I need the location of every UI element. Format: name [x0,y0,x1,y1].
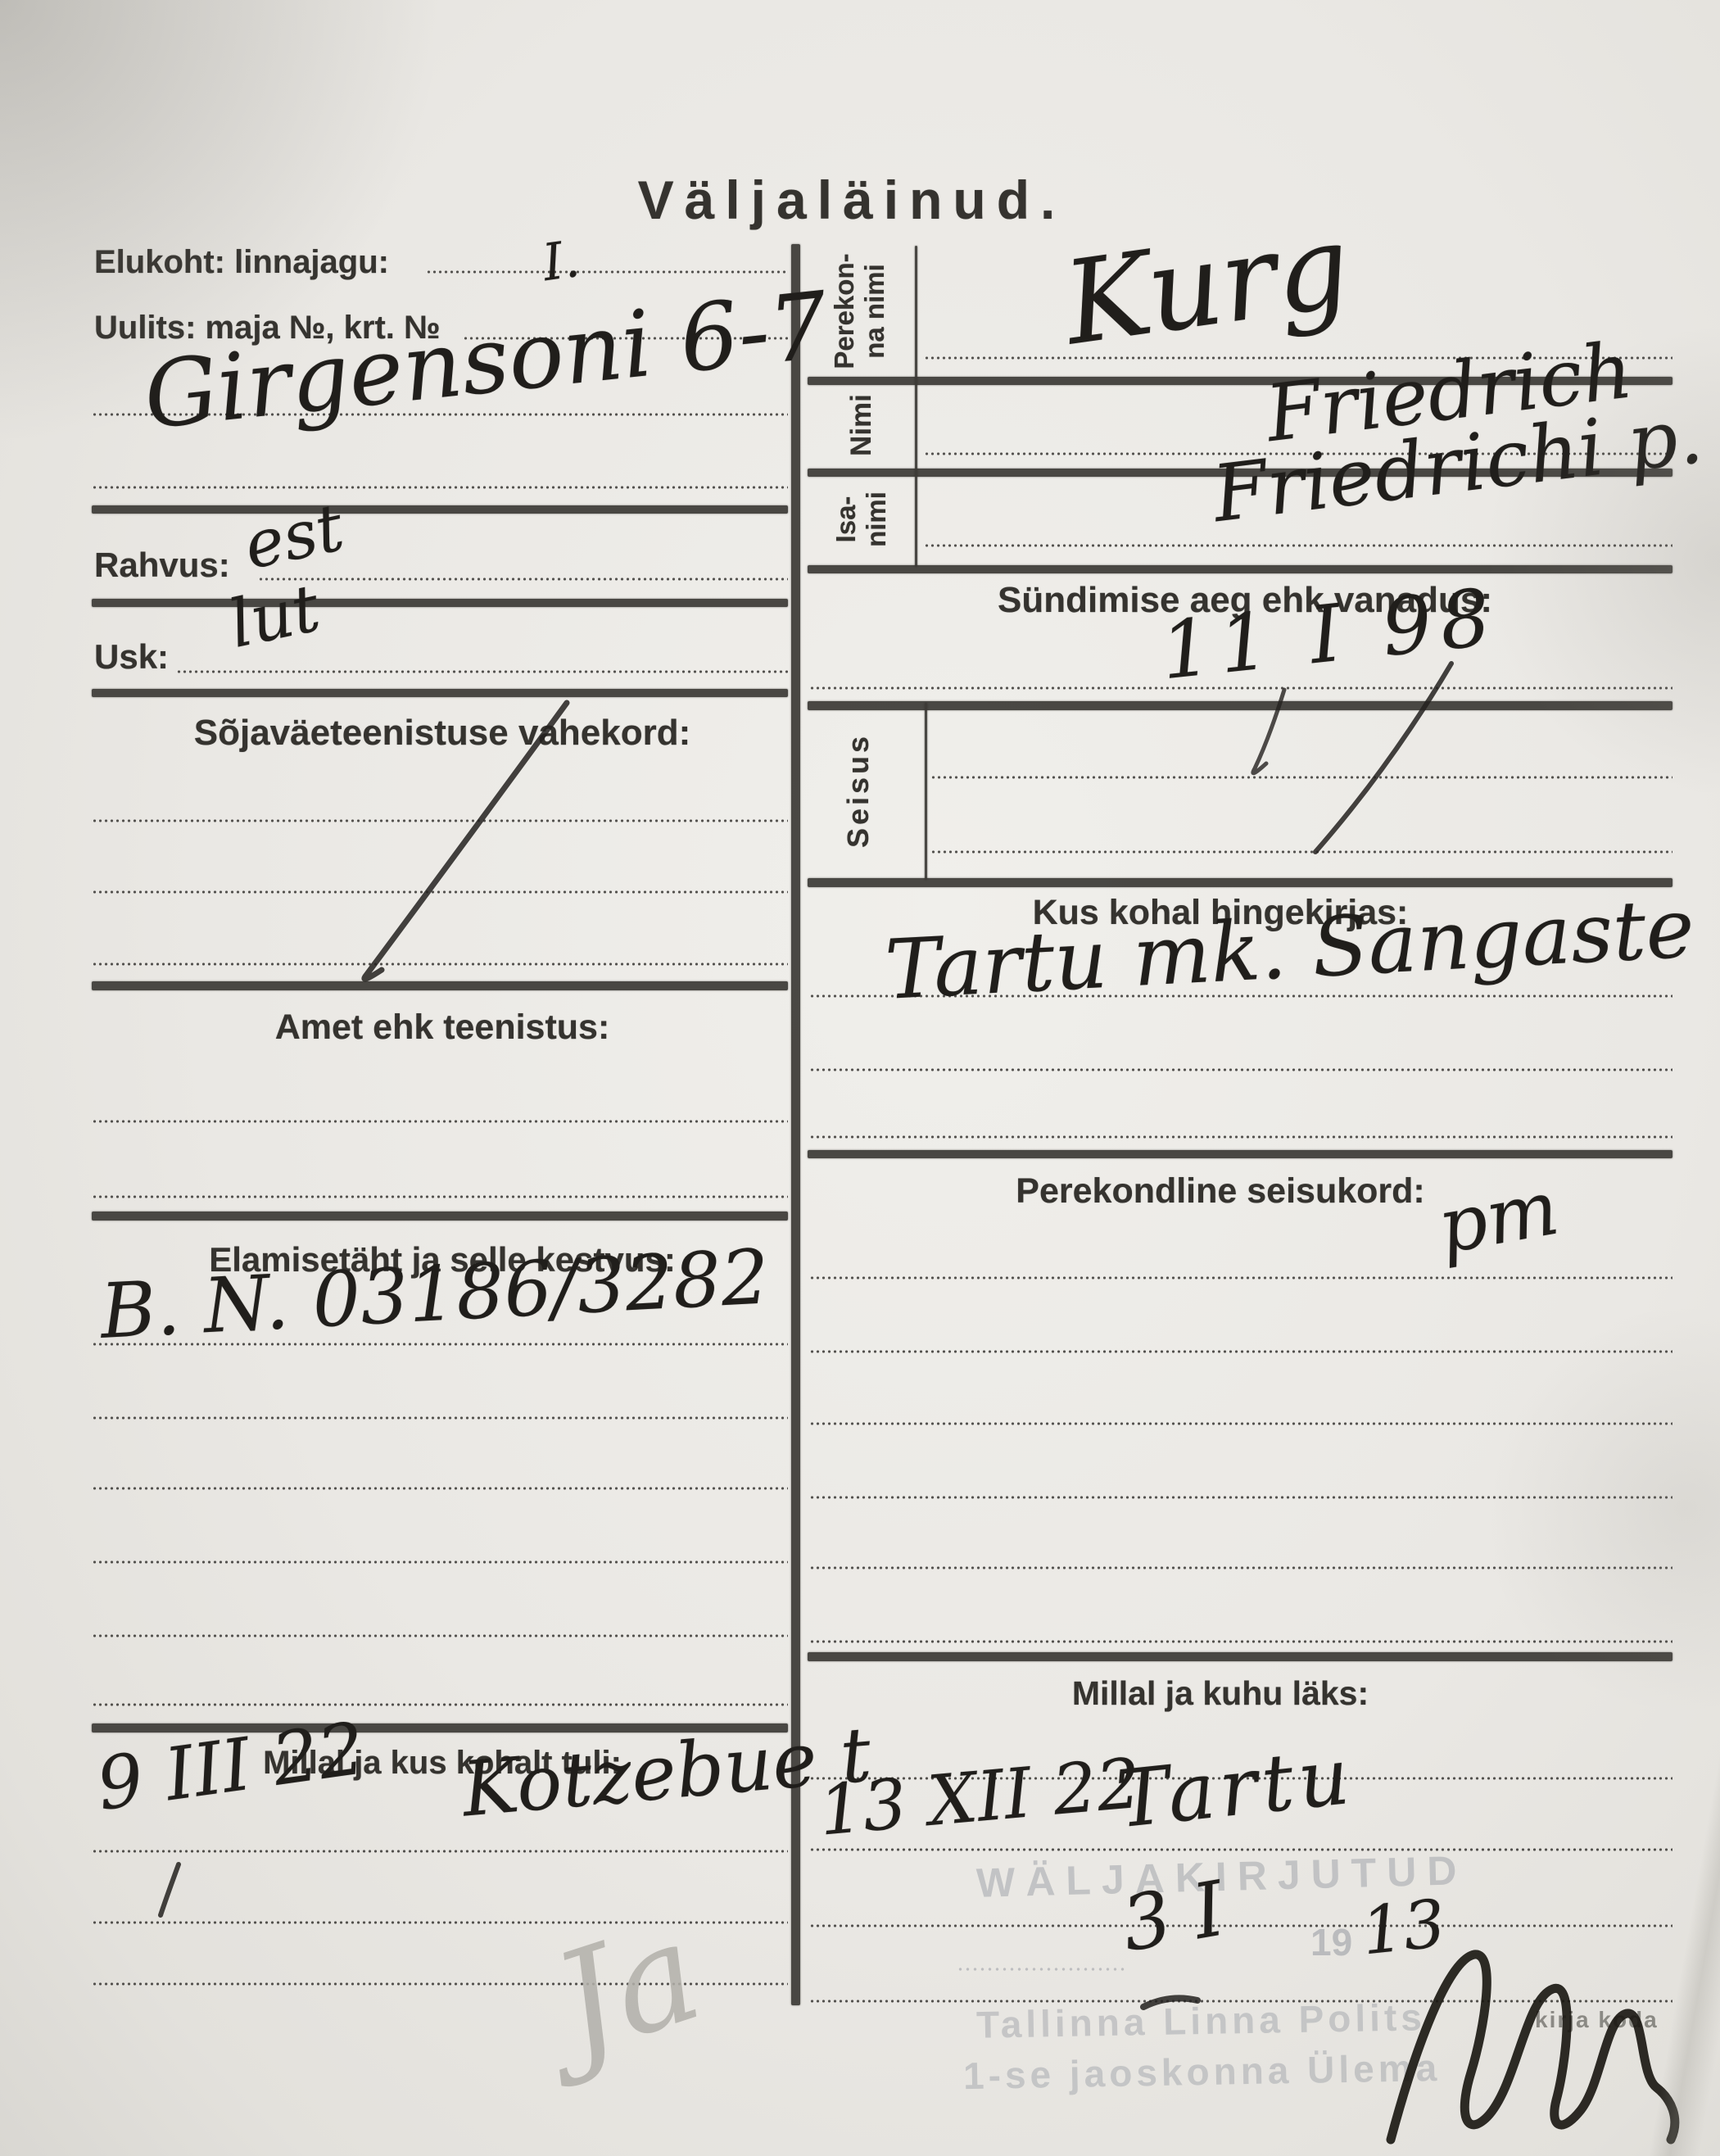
perekonnanimi-label-line1: Perekon- [830,246,860,377]
dotted-fill-line [92,819,788,822]
section-rule [92,599,788,607]
field-label-isanimi: Isa- nimi [831,470,892,568]
field-label-seisus: Seisus [842,704,878,876]
handwriting-street: Girgensoni 6-7 [139,272,833,450]
dotted-fill-line [809,1276,1672,1280]
dotted-fill-line [176,670,788,673]
dotted-fill-line [809,1350,1672,1353]
section-rule [808,878,1672,887]
dotted-fill-line [809,1068,1672,1071]
field-label-usk: Usk: [94,637,169,677]
slash-seisus [1315,664,1451,852]
pencil-note: Ja [536,1891,718,2088]
field-label-rahvus: Rahvus: [94,546,230,585]
scanned-registration-card: Väljaläinud. Elukoht: linnajagu: Uulits:… [0,0,1720,2156]
section-rule [808,1652,1672,1661]
dotted-fill-line [809,1135,1672,1139]
field-label-elukoht: Elukoht: linnajagu: [94,244,389,281]
dotted-fill-line [92,1560,788,1564]
dotted-fill-line [930,850,1672,854]
dotted-fill-line [92,1487,788,1490]
section-rule [808,1150,1672,1158]
dotted-fill-line [258,577,788,581]
field-label-sojavaeteenistus: Sõjaväeteenistuse vahekord: [123,713,762,754]
field-label-perekonnanimi: Perekon- na nimi [830,246,894,377]
section-rule [92,505,788,514]
dotted-fill-line [92,1850,788,1853]
isanimi-label-line1: Isa- [831,470,862,568]
dotted-fill-line [809,1640,1672,1643]
dotted-fill-line [92,962,788,966]
section-rule [92,1212,788,1221]
section-rule [92,981,788,990]
dotted-fill-line [92,1634,788,1637]
dotted-fill-line [92,1120,788,1123]
stamp-dotted-line [957,1968,1125,1971]
dotted-fill-line [809,1566,1672,1569]
section-rule [92,689,788,697]
stroke-comma-tuli [161,1864,179,1915]
label-separator [925,703,927,880]
handwriting-laks-place: Tartu [1112,1730,1358,1846]
handwriting-linnajagu: I. [539,229,583,292]
dotted-fill-line [92,486,788,489]
handwriting-rahvus: est [238,489,350,584]
dotted-fill-line [924,544,1672,547]
isanimi-label-line2: nimi [862,470,892,568]
dotted-fill-line [92,890,788,894]
label-separator [915,246,917,567]
stamp-office-line1: Tallinna Linna Polits [976,1995,1427,2047]
dotted-fill-line [930,776,1672,779]
field-label-millal-laks: Millal ja kuhu läks: [868,1674,1573,1713]
handwriting-usk: lut [223,569,326,663]
dotted-fill-line [92,1416,788,1420]
perekonnanimi-label-line2: na nimi [860,246,890,377]
stamp-office-fragment: kirja koda [1535,2007,1659,2033]
handwriting-stamp-day: 3 I [1116,1864,1231,1968]
dotted-fill-line [809,1924,1672,1927]
dotted-fill-line [809,1496,1672,1499]
section-rule [808,701,1672,710]
document-title: Väljaläinud. [573,169,1130,231]
stamp-office-line2: 1-se jaoskonna Ülema [963,2045,1442,2098]
stamp-year-printed: 19 [1310,1920,1352,1964]
field-label-amet: Amet ehk teenistus: [123,1008,762,1048]
dotted-fill-line [92,1921,788,1924]
dotted-fill-line [92,1195,788,1198]
field-label-nimi: Nimi [845,376,878,474]
dotted-fill-line [426,270,788,274]
dotted-fill-line [809,1848,1672,1851]
section-rule [808,565,1672,573]
handwriting-stamp-year: 13 [1358,1885,1449,1969]
dotted-fill-line [92,1703,788,1706]
dotted-fill-line [809,1422,1672,1425]
